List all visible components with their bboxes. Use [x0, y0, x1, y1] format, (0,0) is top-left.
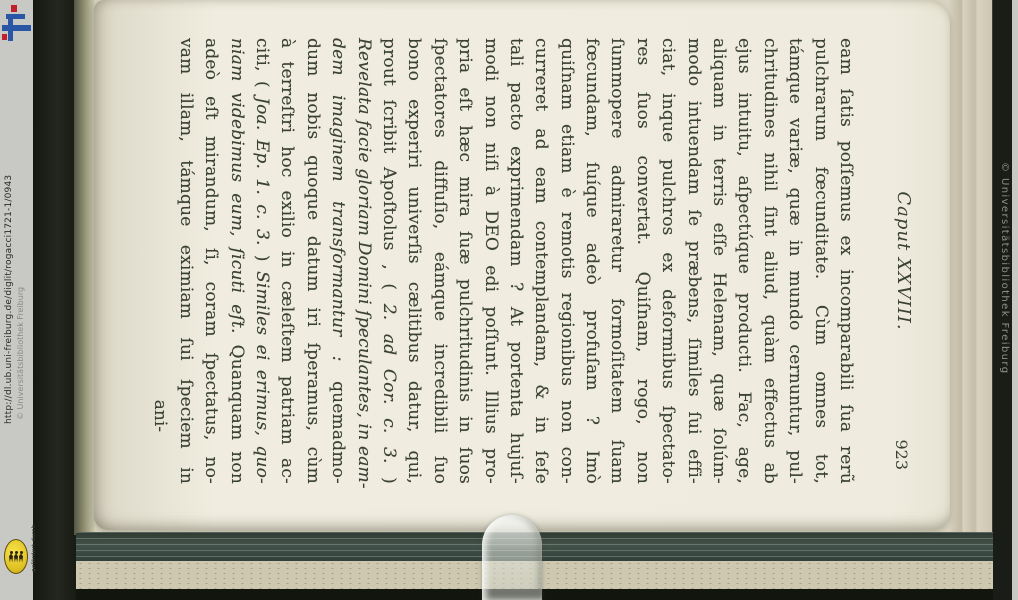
- underlying-page-edges: [948, 0, 993, 532]
- text-line: aliquam in terris eſſe Helenam, quæ ſolú…: [706, 38, 731, 484]
- text-line: modi non niſi à DEO edi poſſunt. Illius …: [477, 38, 502, 484]
- page-stack-edge: [74, 0, 96, 535]
- text-line: res ſuos convertat. Quiſnam, rogo, non: [629, 38, 654, 484]
- figure-icon: [9, 551, 13, 563]
- text-line: dum nobis quoque datum iri ſperamus, cùm: [299, 38, 324, 484]
- funding-caption: gefördert durch: [31, 524, 37, 572]
- text-line: niam videbimus eum, ſicuti eſt. Quanquam…: [223, 38, 248, 484]
- text-line: vam illam, támque eximiam ſui ſpeciem in: [172, 38, 197, 484]
- text-line: adeò eſt mirandum, ſi, coram ſpectatus, …: [198, 38, 223, 484]
- text-line: curreret ad eam contemplandam, & in ſeſe: [528, 38, 553, 484]
- text-line: ejus intuitu, aſpectúque producti. Fac, …: [731, 38, 756, 484]
- text-line: pria eſt hæc mira ſuæ pulchritudinis in …: [452, 38, 477, 484]
- text-line: tali pacto exprimendam ? At portenta huj…: [503, 38, 528, 484]
- book-cover: [33, 0, 78, 600]
- figure-icon: [19, 551, 23, 563]
- text-line: modo intuendam ſe præbens, ſimiles ſui e…: [680, 38, 705, 484]
- copyright-right: © Universitätsbibliothek Freiburg: [999, 162, 1010, 375]
- text-line: Revelata facie gloriam Domini ſpeculante…: [350, 38, 375, 484]
- text-line: dem imaginem transformantur : quemadmo-: [325, 38, 350, 484]
- logo-blue-bar-long: [2, 25, 31, 31]
- text-line: támque variæ, quæ in mundo cernuntur, pu…: [782, 38, 807, 484]
- text-line: ſummopere admiraretur formoſitatem ſuam: [604, 38, 629, 484]
- funding-logo: [4, 539, 28, 574]
- text-line: quiſnam etiam è remotis regionibus non c…: [553, 38, 578, 484]
- logo-red-square-bottom: [2, 34, 7, 40]
- source-url: http://dl.ub.uni-freiburg.de/diglit/roga…: [4, 175, 14, 424]
- text-line: chritudines nihil ſint aliud, quàm effec…: [756, 38, 781, 484]
- scanner-frame-right: [1012, 0, 1018, 600]
- text-line: ciat, inque pulchros ex deformibus ſpect…: [655, 38, 680, 484]
- text-block: eam ſatis poſſemus ex incomparabili ſua …: [172, 38, 858, 484]
- library-logo: [0, 2, 33, 44]
- text-line: citi, ( Joa. Ep. 1. c. 3. ) Similes ei e…: [249, 38, 274, 484]
- chapter-heading: Caput XXVIII.: [893, 191, 914, 330]
- text-line: eam ſatis poſſemus ex incomparabili ſua …: [833, 38, 858, 484]
- text-line: à terreſtri hoc exilio in cæleſtem patri…: [274, 38, 299, 484]
- book-page: Caput XXVIII. 923 eam ſatis poſſemus ex …: [94, 0, 950, 530]
- catchword: ani-: [147, 38, 172, 484]
- text-line: bono experiri univerſis cælitibus datur,…: [401, 38, 426, 484]
- text-line: prout ſcribit Apoſtolus , ( 2. ad Cor. c…: [376, 38, 401, 484]
- text-line: ſpectatores diffuſio, eámque incredibili…: [426, 38, 451, 484]
- page-number: 923: [892, 439, 911, 470]
- figure-icon: [14, 551, 18, 563]
- running-header: Caput XXVIII. 923: [888, 38, 914, 484]
- page-holder-clasp: [482, 515, 542, 600]
- copyright-left: © Universitätsbibliothek Freiburg: [16, 287, 25, 420]
- text-line: pulchrarum fœcunditate. Cùm omnes tot,: [807, 38, 832, 484]
- text-line: fœcundam, ſuíque adeò profuſam ? Imò: [579, 38, 604, 484]
- logo-red-square-top: [11, 5, 17, 12]
